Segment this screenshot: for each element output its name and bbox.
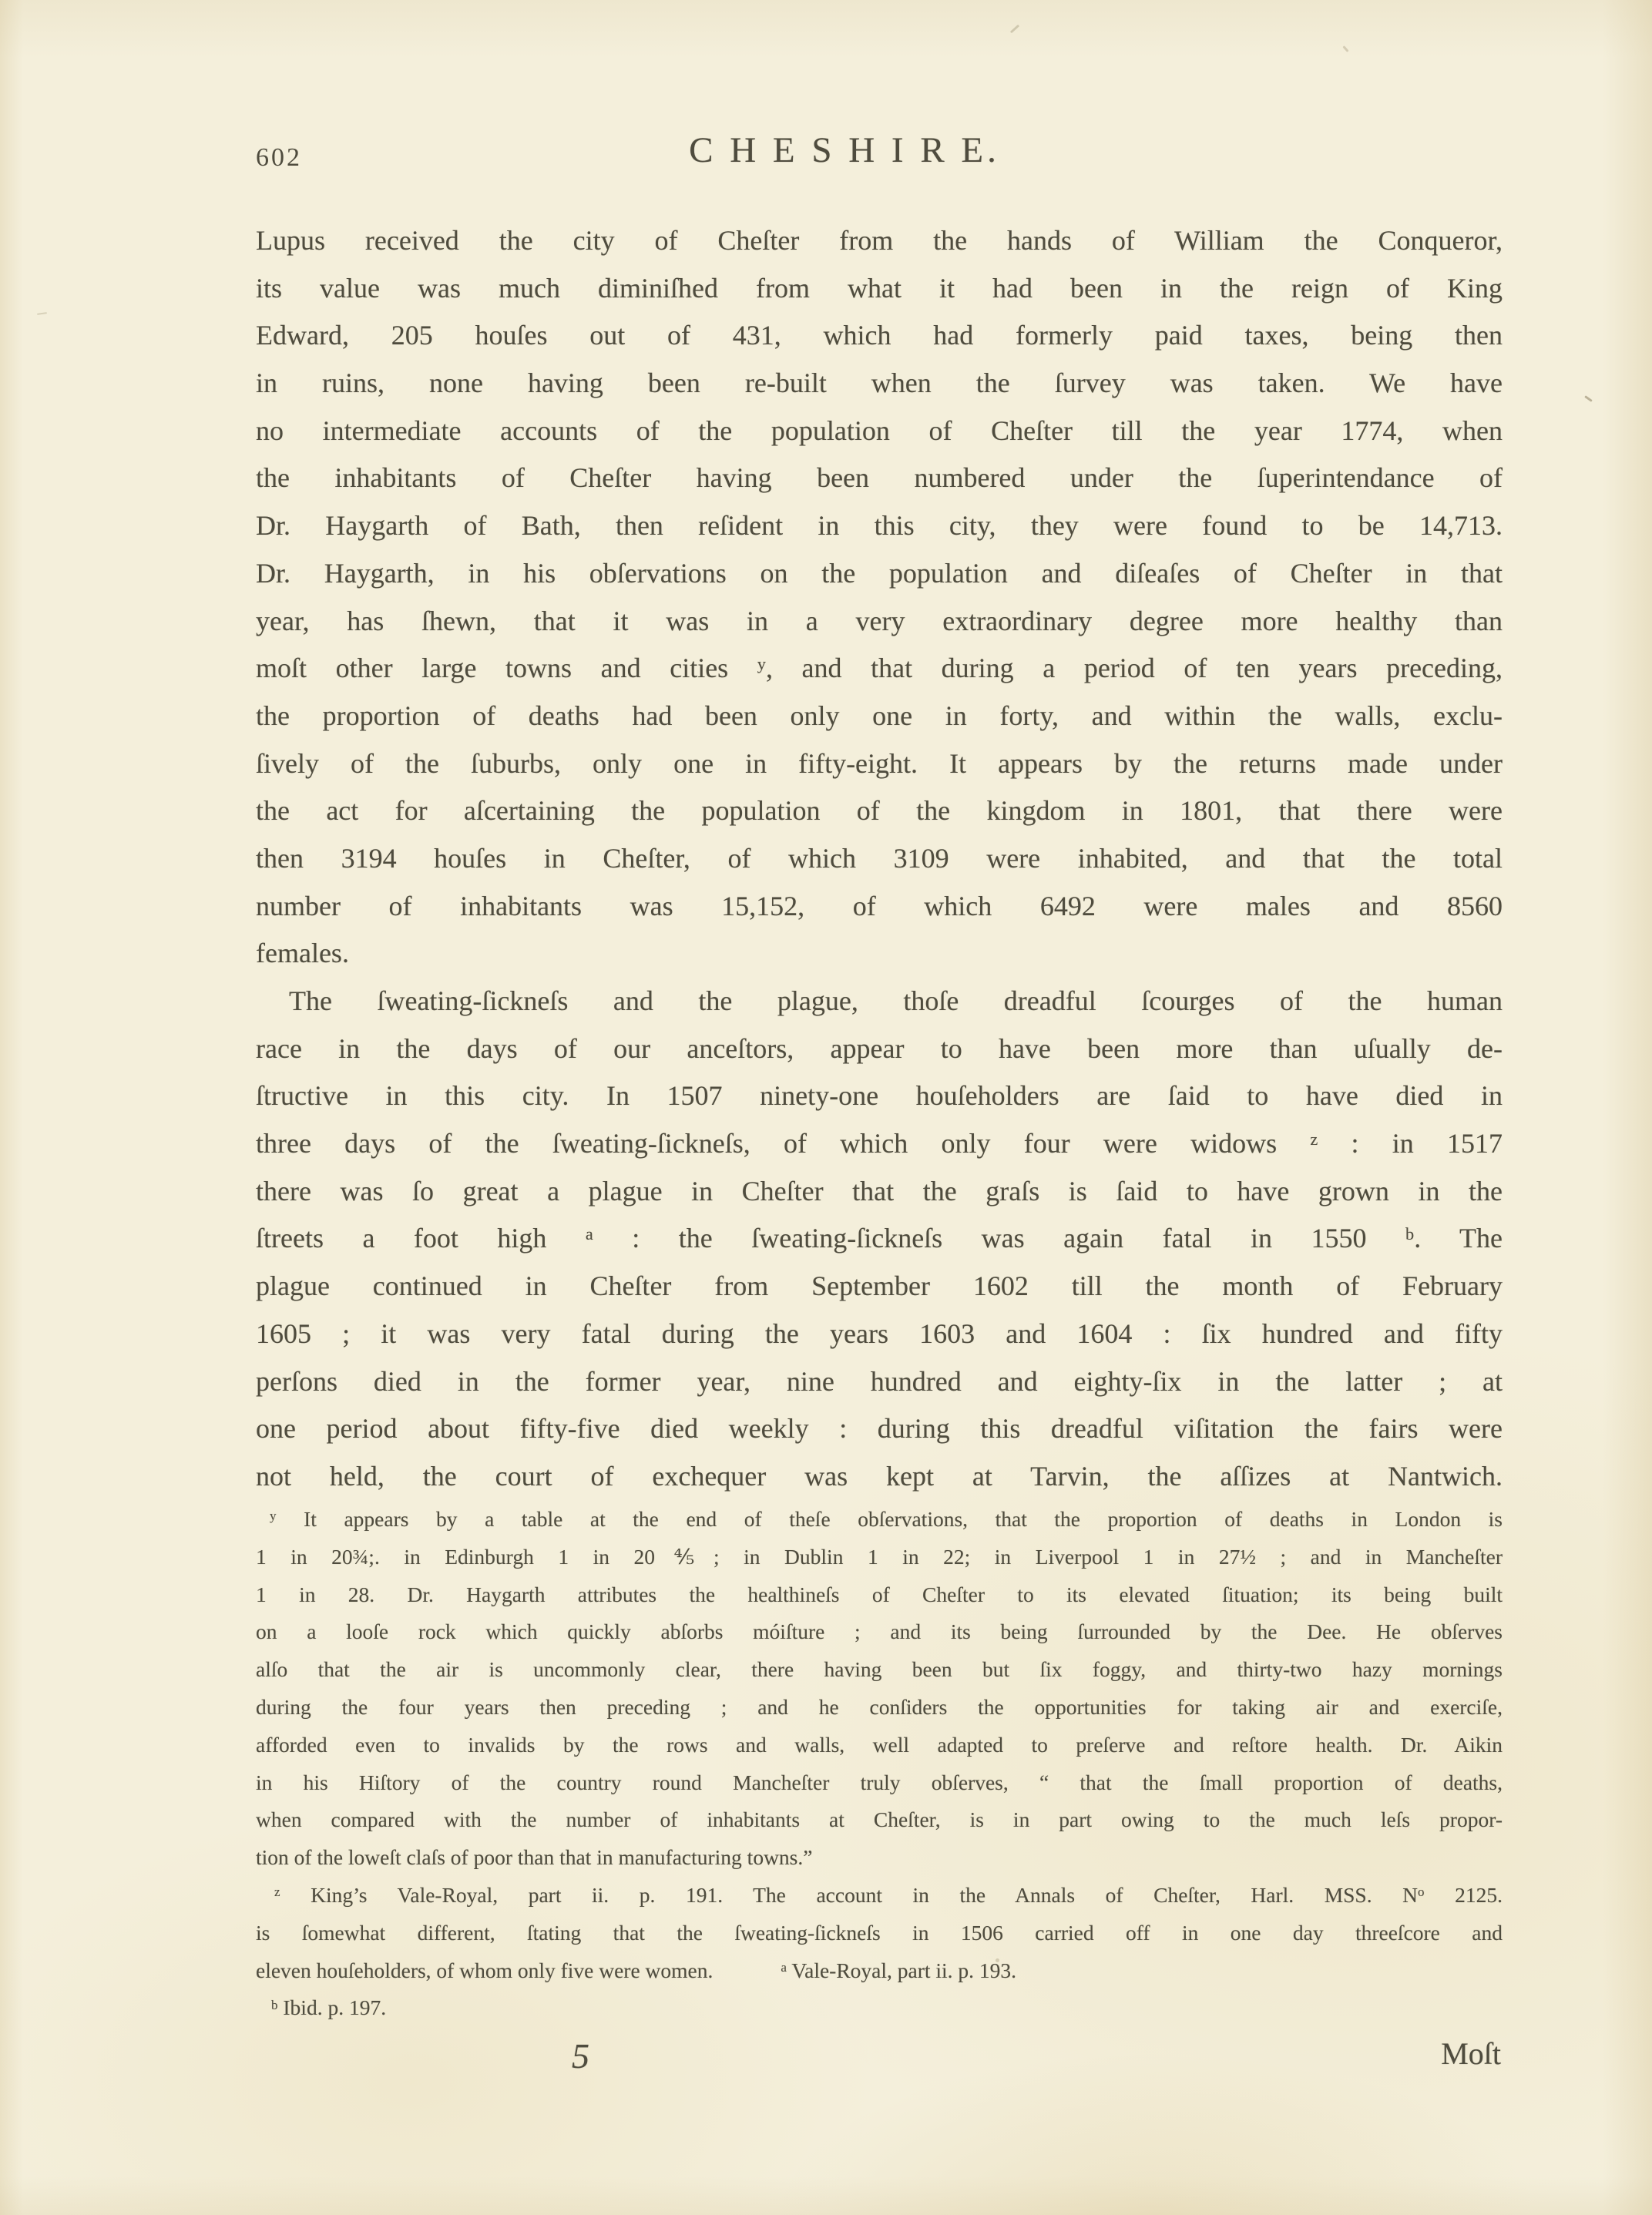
text-line: its value was much diminiſhed from what … (256, 265, 1503, 313)
text-line: afforded even to invalids by the rows an… (256, 1727, 1503, 1764)
text-line: females. (256, 930, 1503, 978)
footnote-marker: b (1405, 1224, 1414, 1243)
text-line: ſively of the ſuburbs, only one in fifty… (256, 740, 1503, 788)
text-line: Dr. Haygarth, in his obſervations on the… (256, 550, 1503, 598)
spacer (713, 1977, 781, 1978)
text-line: 1 in 20¾;. in Edinburgh 1 in 20⅘; in Dub… (256, 1539, 1503, 1576)
text-line: alſo that the air is uncommonly clear, t… (256, 1651, 1503, 1689)
text-line: one period about fifty-five died weekly … (256, 1405, 1503, 1453)
catchword: Moſt (256, 2035, 1503, 2072)
text-line: when compared with the number of inhabit… (256, 1801, 1503, 1839)
text-line: Edward, 205 houſes out of 431, which had… (256, 312, 1503, 360)
text-line: moſt other large towns and cities y, and… (256, 645, 1503, 693)
text-line: on a looſe rock which quickly abſorbs mó… (256, 1613, 1503, 1651)
footnote-marker: y (757, 654, 766, 673)
footnote-marker: z (1310, 1129, 1318, 1149)
book-page: 602 C H E S H I R E. Lupus received the … (0, 0, 1652, 2215)
paper-speck (1010, 25, 1019, 34)
page-title: C H E S H I R E. (221, 129, 1468, 171)
footnote-marker: a (586, 1224, 593, 1243)
paper-speck (1342, 45, 1348, 52)
text-line: plague continued in Cheſter from Septemb… (256, 1263, 1503, 1311)
text-line: The ſweating-ſickneſs and the plague, th… (256, 978, 1503, 1025)
text-line: in his Hiſtory of the country round Manc… (256, 1764, 1503, 1802)
text-line: b Ibid. p. 197. (256, 1989, 1503, 2027)
text-line: 1 in 28. Dr. Haygarth attributes the hea… (256, 1576, 1503, 1614)
paper-speck (37, 312, 47, 315)
main-text-block: Lupus received the city of Cheſter from … (256, 217, 1503, 1501)
text-line: z King’s Vale-Royal, part ii. p. 191. Th… (256, 1877, 1503, 1915)
footnote-marker: o (1418, 1884, 1425, 1899)
text-line: eleven houſeholders, of whom only five w… (256, 1952, 1503, 1990)
text-line: Dr. Haygarth of Bath, then reſident in t… (256, 502, 1503, 550)
footnote-marker: b (271, 1998, 278, 2012)
text-line: then 3194 houſes in Cheſter, of which 31… (256, 835, 1503, 883)
text-line: ſtreets a foot high a : the ſweating-ſic… (256, 1215, 1503, 1263)
text-line: y It appears by a table at the end of th… (256, 1501, 1503, 1539)
footnote-marker: a (781, 1960, 787, 1975)
text-line: in ruins, none having been re-built when… (256, 360, 1503, 408)
text-line: is ſomewhat different, ſtating that the … (256, 1915, 1503, 1952)
text-line: number of inhabitants was 15,152, of whi… (256, 883, 1503, 931)
text-line: tion of the loweſt claſs of poor than th… (256, 1839, 1503, 1877)
text-line: three days of the ſweating-ſickneſs, of … (256, 1120, 1503, 1168)
paper-speck (1584, 395, 1593, 402)
text-line: the act for aſcertaining the population … (256, 787, 1503, 835)
text-line: 1605 ; it was very fatal during the year… (256, 1311, 1503, 1358)
footnote-marker: z (274, 1884, 280, 1899)
text-line: during the four years then preceding ; a… (256, 1689, 1503, 1727)
text-line: not held, the court of exchequer was kep… (256, 1453, 1503, 1501)
text-line: the inhabitants of Cheſter having been n… (256, 455, 1503, 502)
footnote-marker: y (270, 1509, 277, 1523)
text-line: there was ſo great a plague in Cheſter t… (256, 1168, 1503, 1216)
text-line: year, has ſhewn, that it was in a very e… (256, 598, 1503, 646)
text-line: the proportion of deaths had been only o… (256, 693, 1503, 740)
text-line: Lupus received the city of Cheſter from … (256, 217, 1503, 265)
paper-speck (996, 1958, 999, 1962)
text-line: race in the days of our anceſtors, appea… (256, 1025, 1503, 1073)
text-line: perſons died in the former year, nine hu… (256, 1358, 1503, 1406)
footnotes-block: y It appears by a table at the end of th… (256, 1501, 1503, 2027)
text-line: ſtructive in this city. In 1507 ninety-o… (256, 1072, 1503, 1120)
text-line: no intermediate accounts of the populati… (256, 408, 1503, 455)
